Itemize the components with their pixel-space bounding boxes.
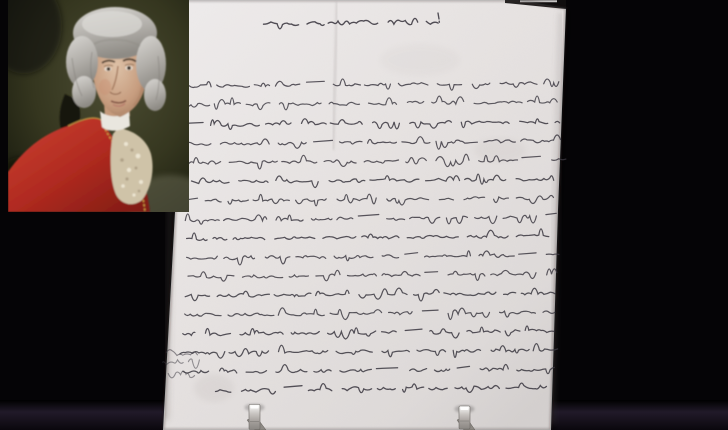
cheek-blush <box>99 79 111 95</box>
mozart-portrait <box>8 0 189 212</box>
right-iris <box>127 66 131 70</box>
left-iris <box>107 67 111 71</box>
video-frame <box>0 0 728 430</box>
